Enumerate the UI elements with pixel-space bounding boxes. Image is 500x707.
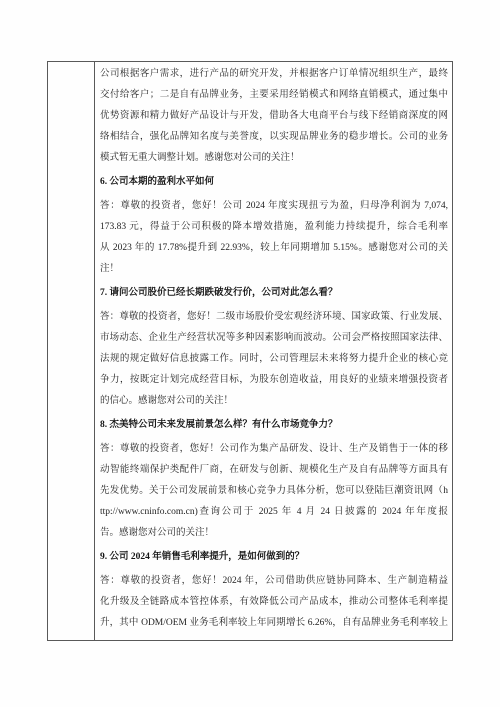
- text-line: 公司根据客户需求，进行产品的研究开发，并根据客户订单情况组织生产，最终: [100, 64, 448, 85]
- text-line: 先发优势。关于公司发展前景和核心竞争力具体分析，您可以登陆巨潮资讯网（h: [100, 481, 448, 502]
- answer-paragraph: 答：尊敬的投资者，您好！公司作为集产品研发、设计、生产及销售于一体的移动智能终端…: [100, 439, 448, 544]
- answer-paragraph: 公司根据客户需求，进行产品的研究开发，并根据客户订单情况组织生产，最终交付给客户…: [100, 64, 448, 169]
- answer-paragraph: 答：尊敬的投资者，您好！2024 年，公司借助供应链协同降本、生产制造精益化升级…: [100, 571, 448, 634]
- text-line: 从 2023 年的 17.78%提升到 22.93%，较上年同期增加 5.15%…: [100, 238, 448, 259]
- text-line: 答：尊敬的投资者，您好！公司 2024 年度实现扭亏为盈，归母净利润为 7,07…: [100, 196, 448, 217]
- text-line: 答：尊敬的投资者，您好！公司作为集产品研发、设计、生产及销售于一体的移: [100, 439, 448, 460]
- text-line: ttp://www.cninfo.com.cn)查询公司于 2025 年 4 月…: [100, 502, 448, 523]
- text-line: 注！: [100, 259, 448, 280]
- text-line: 模式暂无重大调整计划。感谢您对公司的关注！: [100, 148, 448, 169]
- table-left-cell: [48, 62, 95, 640]
- text-line: 的信心。感谢您对公司的关注！: [100, 391, 448, 412]
- answer-paragraph: 答：尊敬的投资者，您好！二级市场股价受宏观经济环境、国家政策、行业发展、市场动态…: [100, 307, 448, 412]
- qa-content-cell: 公司根据客户需求，进行产品的研究开发，并根据客户订单情况组织生产，最终交付给客户…: [95, 62, 452, 640]
- text-line: 答：尊敬的投资者，您好！二级市场股价受宏观经济环境、国家政策、行业发展、: [100, 307, 448, 328]
- text-line: 争力，按既定计划完成经营目标，为股东创造收益，用良好的业绩来增强投资者: [100, 370, 448, 391]
- text-line: 优势资源和精力做好产品设计与开发，借助各大电商平台与线下经销商深度的网: [100, 106, 448, 127]
- question-heading: 9. 公司 2024 年销售毛利率提升，是如何做到的？: [100, 547, 448, 568]
- text-line: 络相结合，强化品牌知名度与美誉度，以实现品牌业务的稳步增长。公司的业务: [100, 127, 448, 148]
- text-line: 答：尊敬的投资者，您好！2024 年，公司借助供应链协同降本、生产制造精益: [100, 571, 448, 592]
- text-line: 173.83 元，得益于公司积极的降本增效措施，盈利能力持续提升，综合毛利率: [100, 217, 448, 238]
- question-heading: 7. 请问公司股价已经长期跌破发行价，公司对此怎么看？: [100, 283, 448, 304]
- qa-table: 公司根据客户需求，进行产品的研究开发，并根据客户订单情况组织生产，最终交付给客户…: [47, 61, 453, 641]
- text-line: 告。感谢您对公司的关注！: [100, 523, 448, 544]
- document-page: 公司根据客户需求，进行产品的研究开发，并根据客户订单情况组织生产，最终交付给客户…: [0, 0, 500, 707]
- text-line: 交付给客户；二是自有品牌业务，主要采用经销模式和网络直销模式，通过集中: [100, 85, 448, 106]
- text-line: 市场动态、企业生产经营状况等多种因素影响而波动。公司会严格按照国家法律、: [100, 328, 448, 349]
- text-line: 化升级及全链路成本管控体系，有效降低公司产品成本，推动公司整体毛利率提: [100, 592, 448, 613]
- text-line: 动智能终端保护类配件厂商，在研发与创新、规模化生产及自有品牌等方面具有: [100, 460, 448, 481]
- answer-paragraph: 答：尊敬的投资者，您好！公司 2024 年度实现扭亏为盈，归母净利润为 7,07…: [100, 196, 448, 280]
- text-line: 法规的规定做好信息披露工作。同时，公司管理层未来将努力提升企业的核心竞: [100, 349, 448, 370]
- text-line: 升，其中 ODM/OEM 业务毛利率较上年同期增长 6.26%，自有品牌业务毛利…: [100, 613, 448, 634]
- question-heading: 6. 公司本期的盈利水平如何: [100, 172, 448, 193]
- question-heading: 8. 杰美特公司未来发展前景怎么样？有什么市场竞争力？: [100, 415, 448, 436]
